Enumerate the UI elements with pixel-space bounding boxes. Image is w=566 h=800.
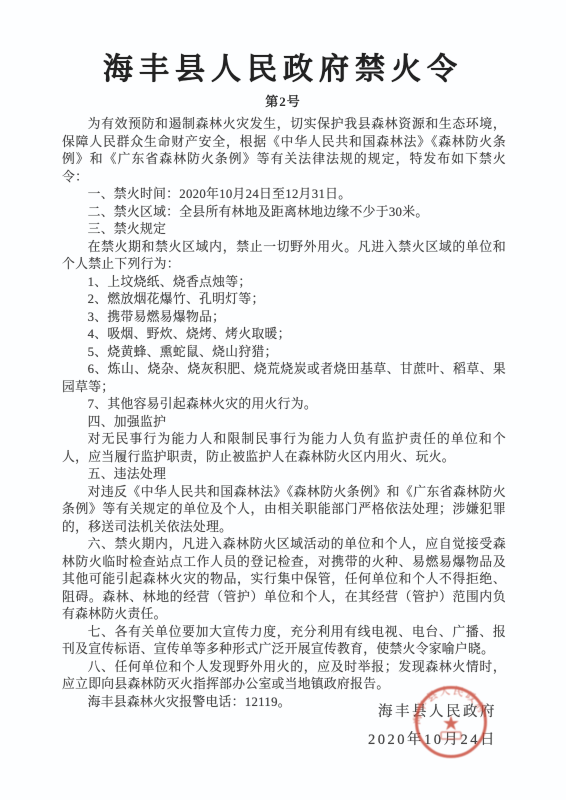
signature-block: 海丰县人民政府 2020年10月24日 (368, 698, 497, 754)
signature-issuer: 海丰县人民政府 (368, 698, 497, 726)
paragraph: 三、禁火规定 (62, 221, 506, 239)
paragraph: 五、违法处理 (62, 466, 506, 484)
paragraph: 3、携带易燃易爆物品； (62, 309, 506, 327)
paragraph: 八、任何单位和个人发现野外用火的，应及时举报；发现森林火情时，应立即向县森林防灭… (62, 659, 506, 694)
paragraph: 二、禁火区域：全县所有林地及距离林地边缘不少于30米。 (62, 204, 506, 222)
paragraph: 对违反《中华人民共和国森林法》《森林防火条例》和《广东省森林防火条例》等有关规定… (62, 484, 506, 537)
document-page: 海丰县人民政府禁火令 第2号 为有效预防和遏制森林火灾发生，切实保护我县森林资源… (0, 0, 566, 800)
paragraph: 5、烧黄蜂、熏蛇鼠、烧山狩猎； (62, 344, 506, 362)
paragraph: 七、各有关单位要加大宣传力度，充分利用有线电视、电台、广播、报刊及宣传标语、宣传… (62, 624, 506, 659)
paragraph: 6、炼山、烧杂、烧灰积肥、烧荒烧炭或者烧田基草、甘蔗叶、稻草、果园草等； (62, 361, 506, 396)
signature-date: 2020年10月24日 (368, 726, 497, 754)
paragraph: 4、吸烟、野炊、烧烤、烤火取暖； (62, 326, 506, 344)
paragraph: 2、燃放烟花爆竹、孔明灯等； (62, 291, 506, 309)
paragraph: 一、禁火时间：2020年10月24日至12月31日。 (62, 186, 506, 204)
paragraph: 四、加强监护 (62, 414, 506, 432)
document-body: 为有效预防和遏制森林火灾发生，切实保护我县森林资源和生态环境，保障人民群众生命财… (62, 116, 506, 711)
paragraph: 1、上坟烧纸、烧香点烛等； (62, 274, 506, 292)
paragraph: 六、禁火期内，凡进入森林防火区域活动的单位和个人，应自觉接受森林防火临时检查站点… (62, 536, 506, 624)
paragraph: 对无民事行为能力人和限制民事行为能力人负有监护责任的单位和个人，应当履行监护职责… (62, 431, 506, 466)
document-number: 第2号 (0, 91, 566, 110)
paragraph: 7、其他容易引起森林火灾的用火行为。 (62, 396, 506, 414)
document-title: 海丰县人民政府禁火令 (0, 44, 566, 88)
paragraph: 为有效预防和遏制森林火灾发生，切实保护我县森林资源和生态环境，保障人民群众生命财… (62, 116, 506, 186)
paragraph: 在禁火期和禁火区域内，禁止一切野外用火。凡进入禁火区域的单位和个人禁止下列行为： (62, 239, 506, 274)
